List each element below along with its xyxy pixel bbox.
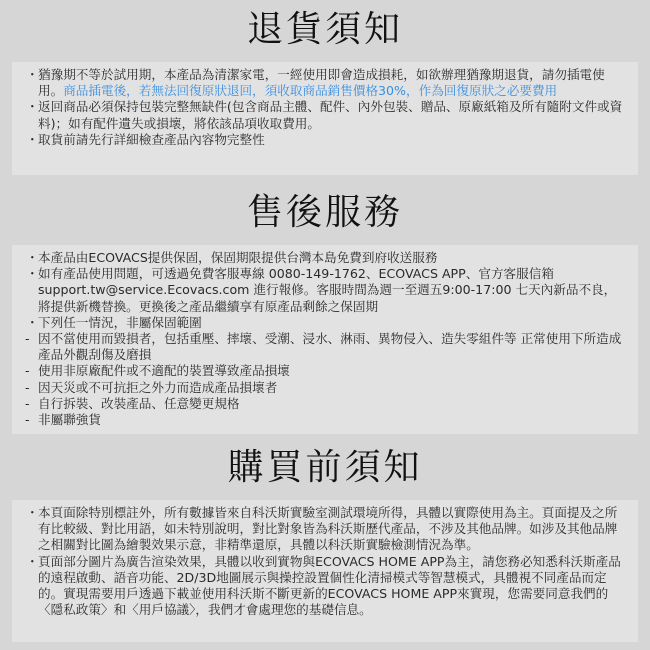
item-text: 本頁面除特別標註外，所有數據皆來自科沃斯實驗室測試環境所得，具體以實際使用為主。… (38, 505, 617, 552)
warranty-exclusion-item: -自行拆裝、改裝產品、任意變更規格 (38, 396, 624, 412)
return-policy-title: 退貨須知 (0, 10, 650, 50)
dash-marker: - (25, 412, 35, 428)
item-text: 下列任一情況，非屬保固範圍 (38, 315, 202, 330)
bullet-marker: ・ (26, 315, 36, 331)
dash-marker: - (25, 363, 35, 379)
after-sales-item: ・如有產品使用問題，可透過免費客服專線 0080-149-1762、ECOVAC… (38, 266, 624, 315)
warranty-exclusion-item: -因天災或不可抗拒之外力而造成產品損壞者 (38, 380, 624, 396)
bullet-marker: ・ (26, 266, 36, 282)
after-sales-item: ・下列任一情況，非屬保固範圍 (38, 315, 624, 331)
bullet-marker: ・ (26, 250, 36, 266)
return-policy-item: ・返回商品必須保持包裝完整無缺件(包含商品主體、配件、內外包裝、贈品、原廠紙箱及… (38, 99, 624, 131)
pre-purchase-item: ・頁面部分圖片為廣告渲染效果，具體以收到實物與ECOVACS HOME APP為… (38, 554, 624, 619)
item-text: 返回商品必須保持包裝完整無缺件(包含商品主體、配件、內外包裝、贈品、原廠紙箱及所… (38, 99, 622, 130)
pre-purchase-title: 購買前須知 (0, 448, 650, 488)
bullet-marker: ・ (26, 99, 36, 115)
item-text: 本產品由ECOVACS提供保固，保固期限提供台灣本島免費到府收送服務 (38, 250, 437, 265)
warranty-exclusion-item: -使用非原廠配件或不適配的裝置導致產品損壞 (38, 363, 624, 379)
bullet-marker: ・ (26, 554, 36, 570)
warranty-exclusion-item: -因不當使用而毀損者，包括重壓、摔壞、受潮、浸水、淋雨、異物侵入、造失零組件等 … (38, 331, 624, 363)
after-sales-title: 售後服務 (0, 193, 650, 233)
item-text: 取貨前請先行詳細檢查產品內容物完整性 (38, 132, 265, 147)
dash-marker: - (25, 396, 35, 412)
item-text: 使用非原廠配件或不適配的裝置導致產品損壞 (38, 363, 290, 378)
return-policy-item: ・猶豫期不等於試用期，本產品為清潔家電，一經使用即會造成損耗，如欲辦理猶豫期退貨… (38, 67, 624, 99)
dash-marker: - (25, 380, 35, 396)
after-sales-box: ・本產品由ECOVACS提供保固，保固期限提供台灣本島免費到府收送服務 ・如有產… (12, 245, 638, 434)
return-policy-box: ・猶豫期不等於試用期，本產品為清潔家電，一經使用即會造成損耗，如欲辦理猶豫期退貨… (12, 62, 638, 175)
pre-purchase-box: ・本頁面除特別標註外，所有數據皆來自科沃斯實驗室測試環境所得，具體以實際使用為主… (12, 500, 638, 642)
item-text: 如有產品使用問題，可透過免費客服專線 0080-149-1762、ECOVACS… (38, 266, 616, 313)
return-policy-item: ・取貨前請先行詳細檢查產品內容物完整性 (38, 132, 624, 148)
item-text: 因不當使用而毀損者，包括重壓、摔壞、受潮、浸水、淋雨、異物侵入、造失零組件等 正… (38, 331, 621, 362)
item-text: 因天災或不可抗拒之外力而造成產品損壞者 (38, 380, 277, 395)
item-text: 非屬聯強貨 (38, 412, 101, 427)
bullet-marker: ・ (26, 505, 36, 521)
bullet-marker: ・ (26, 67, 36, 83)
dash-marker: - (25, 331, 35, 347)
bullet-marker: ・ (26, 132, 36, 148)
highlight-text: 商品插電後，若無法回復原狀退回，須收取商品銷售價格30%，作為回復原狀之必要費用 (63, 83, 557, 98)
warranty-exclusion-item: -非屬聯強貨 (38, 412, 624, 428)
after-sales-item: ・本產品由ECOVACS提供保固，保固期限提供台灣本島免費到府收送服務 (38, 250, 624, 266)
item-text: 自行拆裝、改裝產品、任意變更規格 (38, 396, 240, 411)
item-text: 頁面部分圖片為廣告渲染效果，具體以收到實物與ECOVACS HOME APP為主… (38, 554, 621, 618)
pre-purchase-item: ・本頁面除特別標註外，所有數據皆來自科沃斯實驗室測試環境所得，具體以實際使用為主… (38, 505, 624, 554)
